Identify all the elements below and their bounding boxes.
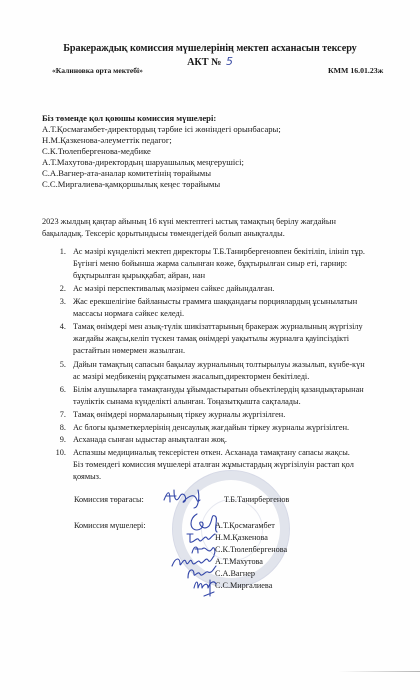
list-item-text: Асханада сынған ыдыстар анықталған жоқ. xyxy=(73,435,227,444)
list-item-text: Ас мәзірі күнделікті мектеп директоры Т.… xyxy=(73,247,365,256)
list-item-text: Біз төмендегі комиссия мүшелері аталған … xyxy=(73,460,354,469)
scanned-document-page: Бракераждық комиссия мүшелерінің мектеп … xyxy=(0,0,420,700)
signatory-name: С.С.Миргалиева xyxy=(215,581,272,590)
list-item-text: Жас ерекшелігіне байланысты граммға шаққ… xyxy=(73,297,357,306)
list-item-number: 2. xyxy=(52,284,66,293)
list-item-number: 8. xyxy=(52,423,66,432)
chair-label: Комиссия төрағасы: xyxy=(74,495,144,504)
member-line: А.Т.Махутова-директордың шаруашылық меңг… xyxy=(42,157,244,167)
member-line: С.К.Тюлепбергенова-медбике xyxy=(42,146,151,156)
members-label: Комиссия мүшелері: xyxy=(74,521,146,530)
list-item-number: 5. xyxy=(52,360,66,369)
list-item-text: тәуліктік сынама күнделікті алынған. Тоң… xyxy=(73,397,301,406)
list-item-text: Бүгінгі меню бойынша жарма салынған көже… xyxy=(73,259,347,268)
list-item-number: 3. xyxy=(52,297,66,306)
member-line: С.А.Вагнер-ата-аналар комитетінің төрайы… xyxy=(42,168,211,178)
list-item-text: қоямыз. xyxy=(73,472,101,481)
list-item-text: бұқтырылған қырыққабат, айран, нан xyxy=(73,271,205,280)
list-item-number: 6. xyxy=(52,385,66,394)
list-item-text: Ас блогы қызметкерлерінің денсаулық жағд… xyxy=(73,423,349,432)
list-item-text: ас мәзірі медбикенің рұқсатымен жасалып,… xyxy=(73,372,309,381)
list-item-number: 10. xyxy=(52,448,66,457)
list-item-text: растайтын нөмермен жазылған. xyxy=(73,346,185,355)
list-item-number: 7. xyxy=(52,410,66,419)
act-label: АКТ № xyxy=(187,57,221,68)
act-number-handwritten: 5 xyxy=(226,55,233,68)
list-item-text: Тамақ өнімдері нормаларының тіркеу журна… xyxy=(73,410,285,419)
list-item-text: Тамақ өнімдері мен азық-түлік шикізаттар… xyxy=(73,322,363,331)
signatory-name: С.А.Вагнер xyxy=(215,569,255,578)
chair-signature-icon xyxy=(160,486,220,510)
signatory-name: А.Т.Махутова xyxy=(215,557,263,566)
member-line: С.С.Миргалиева-қамқоршылық кеңес төрайым… xyxy=(42,179,220,189)
list-item-number: 1. xyxy=(52,247,66,256)
signatory-name: А.Т.Қосмағамбет xyxy=(215,521,275,530)
list-item-number: 4. xyxy=(52,322,66,331)
school-name: «Калиновка орта мектебі» xyxy=(52,66,143,75)
document-code-date: КММ 16.01.23ж xyxy=(328,66,383,75)
list-item-text: Білім алушыларға тамақтануды ұйымдастыра… xyxy=(73,385,364,394)
members-heading: Біз төменде қол қоюшы комиссия мүшелері: xyxy=(42,113,216,123)
list-item-text: Дайын тамақтың сапасын бақылау журналыны… xyxy=(73,360,365,369)
list-item-text: Ас мәзірі перспективалық мәзірмен сәйкес… xyxy=(73,284,274,293)
list-item-number: 9. xyxy=(52,435,66,444)
list-item-text: массасы нормаға сәйкес келеді. xyxy=(73,309,184,318)
signatory-name: С.К.Тюлепбергенова xyxy=(215,545,287,554)
signature-icon xyxy=(190,576,220,598)
document-title: Бракераждық комиссия мүшелерінің мектеп … xyxy=(0,43,420,54)
list-item-text: Аспазшы медициналық тексерістен өткен. А… xyxy=(73,448,350,457)
member-line: Н.М.Қазкенова-әлеуметтік педагог; xyxy=(42,135,172,145)
intro-line-2: бақыладық. Тексеріс қорытындысы төмендег… xyxy=(42,229,285,238)
member-line: А.Т.Қосмағамбет-директордың тәрбие ісі ж… xyxy=(42,124,281,134)
scan-artifact-line xyxy=(338,671,420,672)
list-item-text: жағдайы жақсы,келіп түскен тамақ өнімдер… xyxy=(73,334,349,343)
intro-line-1: 2023 жылдың қаңтар айының 16 күні мектеп… xyxy=(42,217,336,226)
chair-name: Т.Б.Танирбергенов xyxy=(224,495,289,504)
